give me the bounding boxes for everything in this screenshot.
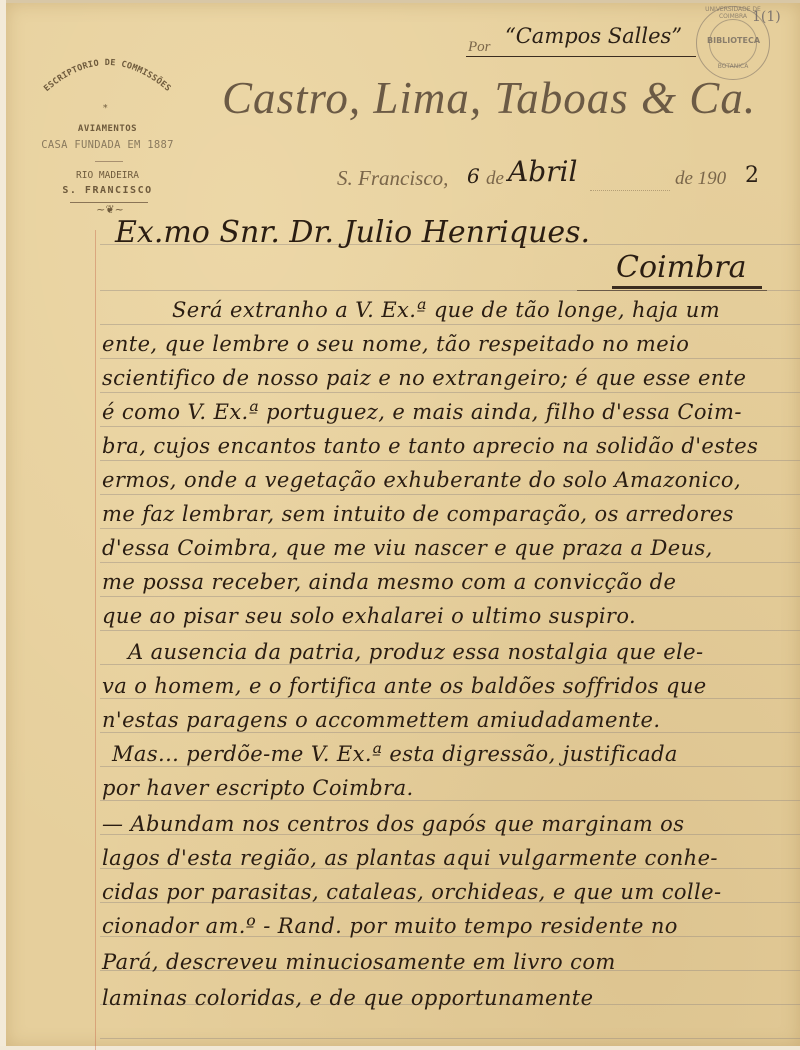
body-line: que ao pisar seu solo exhalarei o ultimo…: [102, 604, 636, 628]
dateline-month: Abril: [508, 155, 577, 188]
body-line: é como V. Ex.ª portuguez, e mais ainda, …: [102, 400, 742, 424]
ruled-line: [100, 494, 800, 495]
ruled-line: [100, 562, 800, 563]
dateline-dotted-line: [590, 190, 670, 191]
dateline-year-digit: 2: [745, 163, 759, 188]
letterhead-rio-madeira: RIO MADEIRA: [20, 170, 195, 181]
svg-text:ESCRIPTORIO DE COMMISSÕES: ESCRIPTORIO DE COMMISSÕES: [42, 58, 172, 94]
ruled-line: [100, 460, 800, 461]
catalog-number: 1(1): [752, 9, 781, 25]
stamp-bottom-text: BOTANICA: [707, 63, 759, 70]
ruled-line: [100, 596, 800, 597]
letterhead-star: *: [103, 104, 108, 114]
stamp-center-text: BIBLIOTECA: [707, 36, 759, 45]
ruled-line: [100, 392, 800, 393]
ruled-line: [100, 800, 800, 801]
body-line: por haver escripto Coimbra.: [102, 776, 414, 800]
destination-underline: [612, 286, 762, 289]
letterhead-aviamentos: AVIAMENTOS: [20, 124, 195, 134]
ruled-line: [100, 528, 800, 529]
body-line: A ausencia da patria, produz essa nostal…: [128, 640, 703, 664]
body-line: Mas... perdõe-me V. Ex.ª esta digressão,…: [112, 742, 678, 766]
letterhead-divider: [95, 161, 123, 162]
body-line: me faz lembrar, sem intuito de comparaçã…: [102, 502, 734, 526]
dateline-year-prefix: de 190: [675, 168, 726, 190]
body-line: va o homem, e o fortifica ante os baldõe…: [102, 674, 707, 698]
ruled-line: [100, 732, 800, 733]
ruled-line: [100, 358, 800, 359]
body-line: cidas por parasitas, cataleas, orchideas…: [102, 880, 721, 904]
ruled-line: [100, 324, 800, 325]
ruled-line: [100, 698, 800, 699]
ruled-line: [100, 426, 800, 427]
ruled-line: [100, 766, 800, 767]
margin-line: [95, 230, 96, 1050]
body-line: cionador am.º - Rand. por muito tempo re…: [102, 914, 678, 938]
body-line: Pará, descreveu minuciosamente em livro …: [102, 950, 616, 974]
firm-name: Castro, Lima, Taboas & Ca.: [222, 72, 756, 124]
body-line: n'estas paragens o accommettem amiudadam…: [102, 708, 660, 732]
body-line: me possa receber, ainda mesmo com a conv…: [102, 570, 676, 594]
ruled-line: [100, 630, 800, 631]
body-line: scientifico de nosso paiz e no extrangei…: [102, 366, 746, 390]
scan-bottom-edge: [0, 1046, 800, 1050]
body-line: lagos d'esta região, as plantas aqui vul…: [102, 846, 718, 870]
letterhead-s-francisco: S. FRANCISCO: [20, 185, 195, 196]
body-line: Será extranho a V. Ex.ª que de tão longe…: [172, 298, 720, 322]
body-line: d'essa Coimbra, que me viu nascer e que …: [102, 536, 713, 560]
body-line: ermos, onde a vegetação exhuberante do s…: [102, 468, 741, 492]
ruled-line: [100, 664, 800, 665]
destination-underline-thin: [577, 290, 767, 291]
salutation: Ex.mo Snr. Dr. Julio Henriques.: [115, 215, 590, 250]
body-line: bra, cujos encantos tanto e tanto apreci…: [102, 434, 758, 458]
destination-city: Coimbra: [616, 250, 747, 285]
dateline-day: 6: [467, 164, 480, 188]
ship-underline: [466, 56, 696, 57]
letterhead-founded: CASA FUNDADA EM 1887: [20, 139, 195, 151]
body-line: ente, que lembre o seu nome, tão respeit…: [102, 332, 689, 356]
body-line: laminas coloridas, e de que opportunamen…: [102, 986, 593, 1010]
ruled-line: [100, 1038, 800, 1039]
por-label: Por: [468, 39, 491, 56]
ship-name: “Campos Salles”: [505, 24, 682, 48]
dateline-de: de: [486, 168, 504, 190]
body-line: — Abundam nos centros dos gapós que marg…: [102, 812, 684, 836]
dateline-place: S. Francisco,: [337, 166, 448, 191]
letterhead-arc: ESCRIPTORIO DE COMMISSÕES: [20, 40, 195, 100]
